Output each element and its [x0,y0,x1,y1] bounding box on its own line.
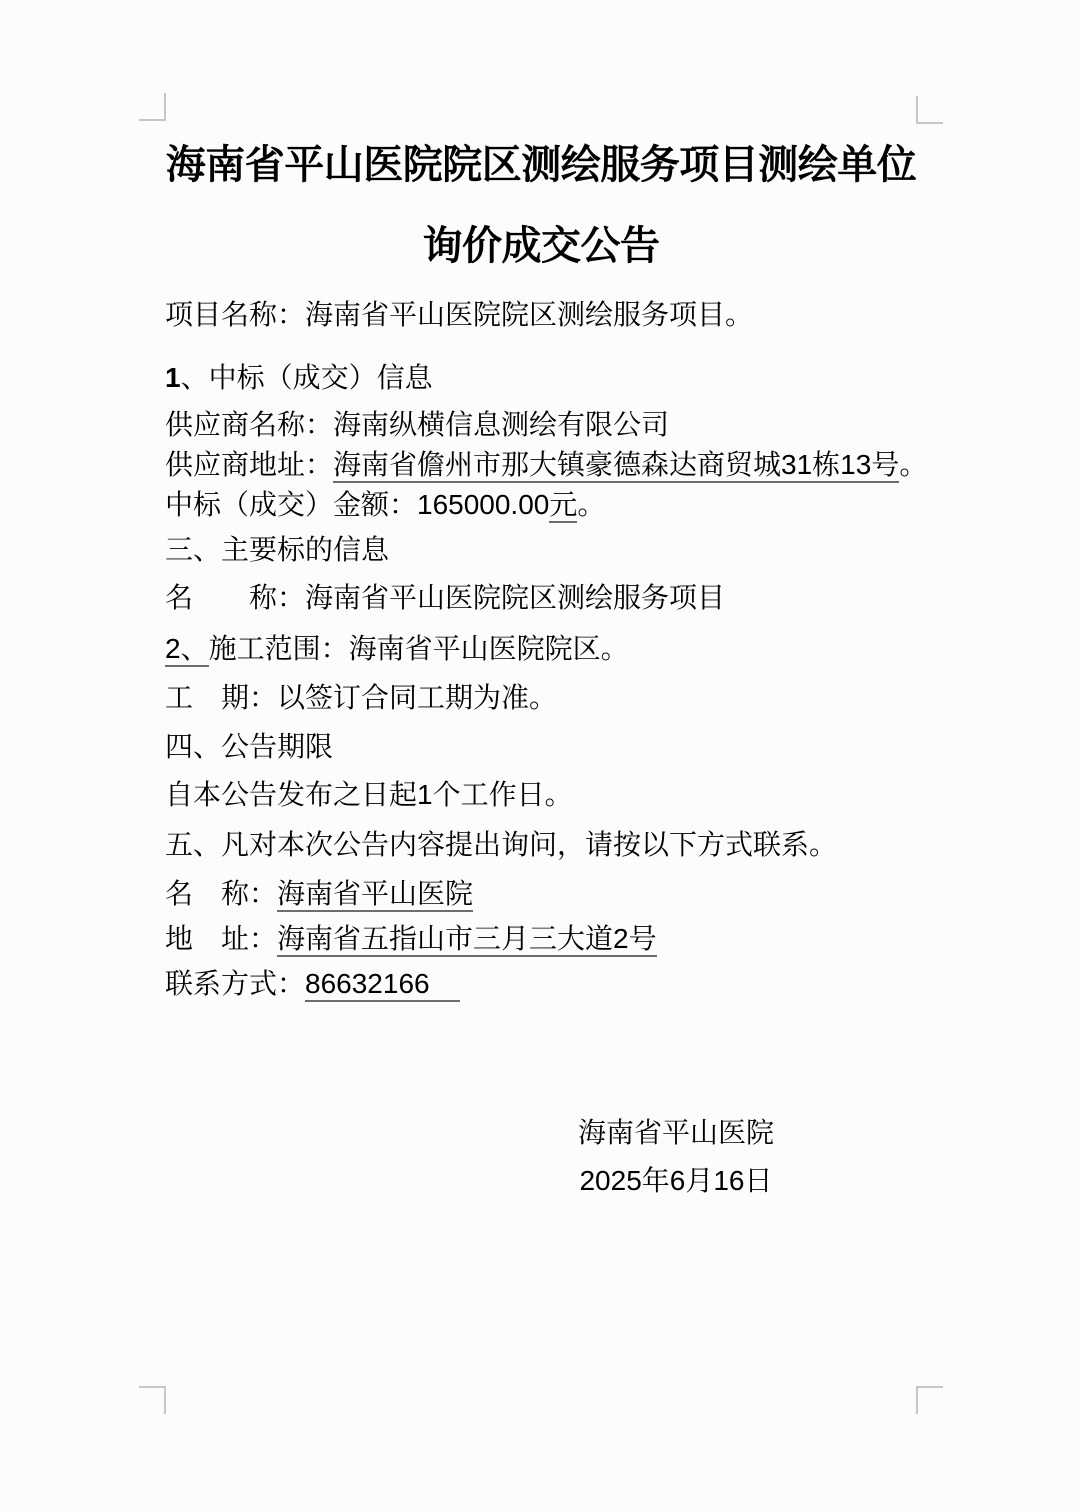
project-name-line: 项目名称：海南省平山医院院区测绘服务项目。 [165,297,917,333]
award-amount-suffix: 。 [577,489,605,520]
crop-mark-top-right [916,96,943,124]
crop-mark-top-left [139,93,166,121]
contact-address-value: 海南省五指山市三月三大道2号 [277,923,657,957]
document-title-line-2: 询价成交公告 [165,222,917,270]
contact-address-line: 地 址：海南省五指山市三月三大道2号 [165,921,917,957]
signature-block: 海南省平山医院 2025年6月16日 [435,1115,917,1199]
award-amount-unit: 元 [549,489,577,523]
document-page: 海南省平山医院院区测绘服务项目测绘单位 询价成交公告 项目名称：海南省平山医院院… [0,0,1080,1512]
supplier-address-value: 海南省儋州市那大镇豪德森达商贸城31栋13号 [333,449,899,483]
document-title-line-1: 海南省平山医院院区测绘服务项目测绘单位 [165,141,917,189]
subject-scope-line: 2、施工范围：海南省平山医院院区。 [165,631,917,667]
contact-phone-value: 86632166 [305,968,460,1002]
period-body-line: 自本公告发布之日起1个工作日。 [165,777,917,813]
section-award-number: 1 [165,362,181,393]
document-content: 海南省平山医院院区测绘服务项目测绘单位 询价成交公告 项目名称：海南省平山医院院… [165,130,917,1199]
contact-name-value: 海南省平山医院 [277,878,473,912]
signature-org: 海南省平山医院 [435,1115,917,1151]
crop-mark-bottom-right [916,1386,943,1414]
supplier-address-line: 供应商地址：海南省儋州市那大镇豪德森达商贸城31栋13号。 [165,447,917,483]
supplier-address-label: 供应商地址： [165,449,333,480]
subject-scope-number: 2、 [165,633,209,667]
section-award-heading: 1、中标（成交）信息 [165,360,917,396]
contact-address-label: 地 址： [165,923,277,954]
section-period-heading: 四、公告期限 [165,729,917,765]
subject-scope-text: 施工范围：海南省平山医院院区。 [209,633,629,664]
subject-duration-line: 工 期：以签订合同工期为准。 [165,680,917,716]
section-award-heading-text: 、中标（成交）信息 [181,362,433,393]
supplier-name-line: 供应商名称：海南纵横信息测绘有限公司 [165,407,917,443]
contact-phone-line: 联系方式：86632166 [165,966,917,1002]
crop-mark-bottom-left [139,1386,166,1414]
contact-name-label: 名 称： [165,878,277,909]
award-amount-label: 中标（成交）金额：165000.00 [165,489,549,520]
contact-phone-label: 联系方式： [165,968,305,999]
contact-name-line: 名 称：海南省平山医院 [165,876,917,912]
award-amount-line: 中标（成交）金额：165000.00元。 [165,487,917,523]
subject-name-line: 名 称：海南省平山医院院区测绘服务项目 [165,580,917,616]
section-contact-heading: 五、凡对本次公告内容提出询问，请按以下方式联系。 [165,827,917,863]
supplier-address-suffix: 。 [899,449,927,480]
section-subject-heading: 三、主要标的信息 [165,532,917,568]
signature-date: 2025年6月16日 [435,1163,917,1199]
